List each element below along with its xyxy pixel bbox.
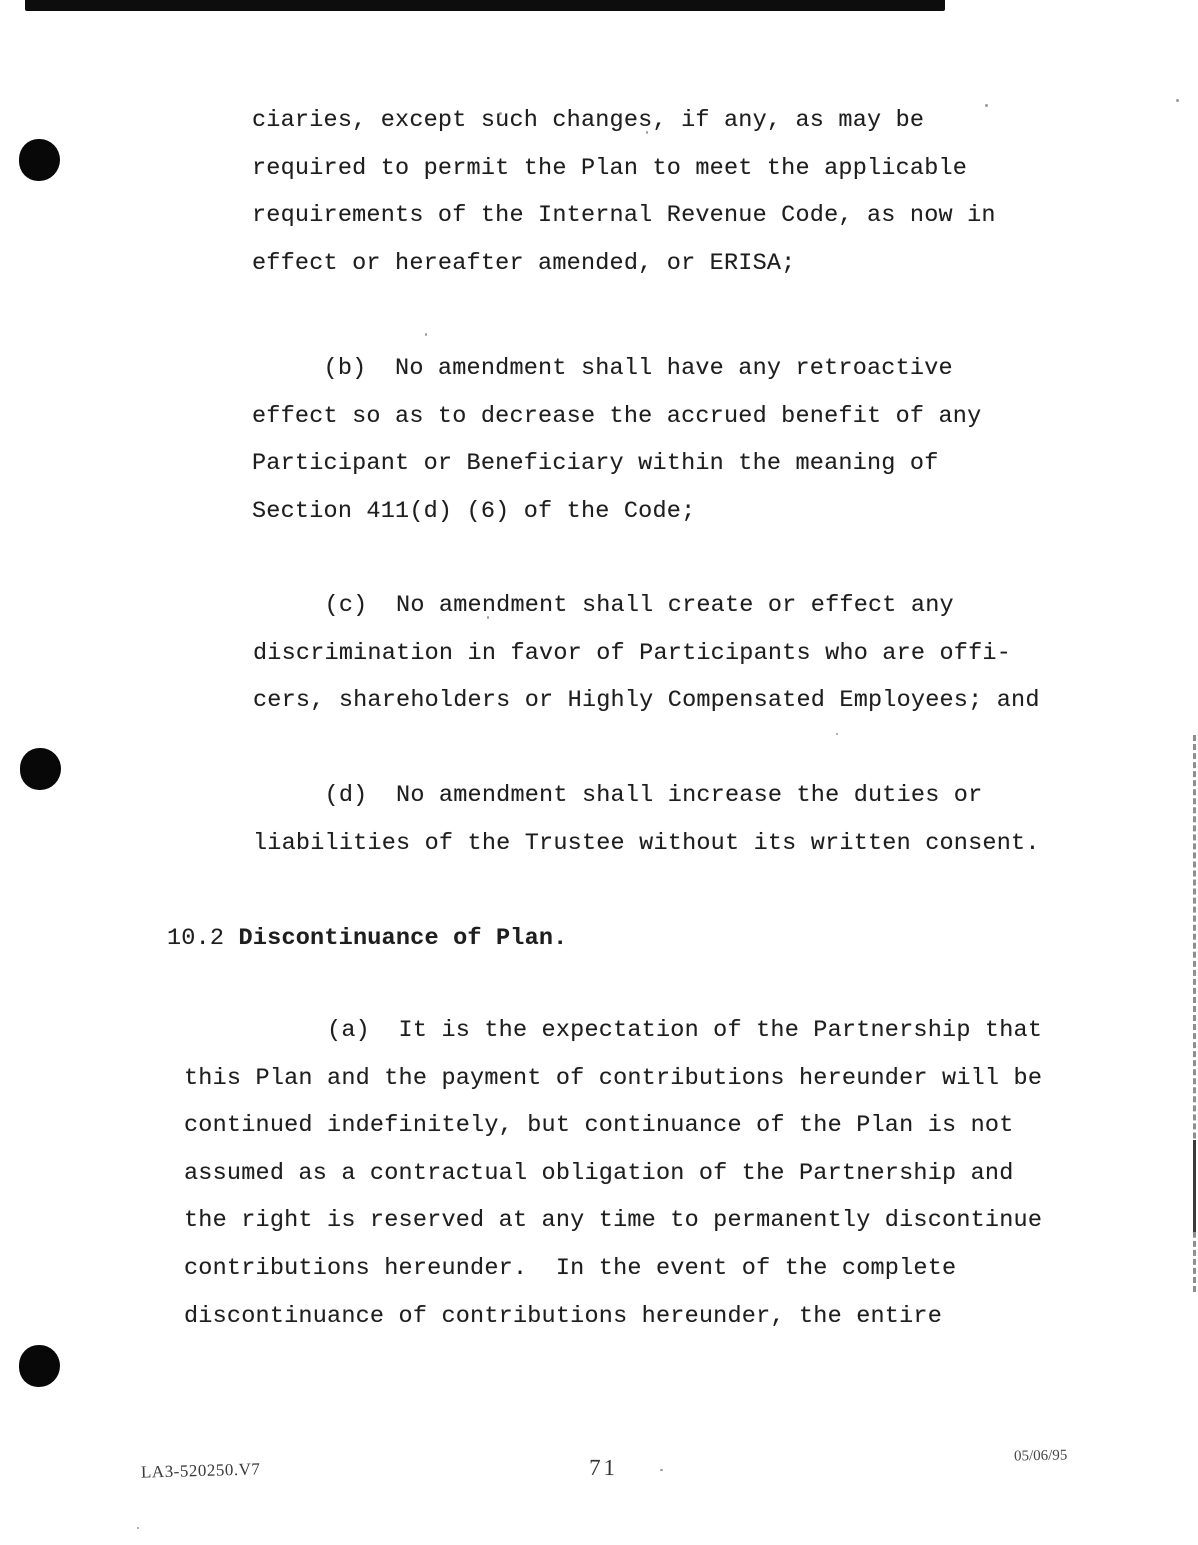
section-number: 10.2 — [167, 925, 224, 952]
section-title: Discontinuance of Plan. — [239, 925, 568, 952]
footer-date: 05/06/95 — [1014, 1448, 1068, 1466]
paragraph-clause-b: (b) No amendment shall have any retroact… — [252, 345, 981, 535]
paragraph-clause-d: (d) No amendment shall increase the duti… — [253, 772, 1040, 867]
paragraph-clause-c: (c) No amendment shall create or effect … — [253, 582, 1040, 725]
scan-speck — [1176, 99, 1179, 102]
scan-speck — [425, 333, 427, 336]
footer-page-number: 71 — [589, 1455, 618, 1481]
hole-punch-dot — [19, 139, 60, 181]
scan-artifact-right-edge-dark-segment — [1193, 1140, 1196, 1232]
footer-document-id: LA3-520250.V7 — [141, 1459, 261, 1482]
section-heading-10-2: 10.2 Discontinuance of Plan. — [167, 915, 567, 963]
scan-speck — [137, 1527, 139, 1529]
paragraph-continuation: ciaries, except such changes, if any, as… — [252, 97, 996, 287]
hole-punch-dot — [19, 1345, 60, 1387]
scan-speck — [660, 1469, 663, 1471]
scan-speck — [836, 733, 838, 735]
scanned-document-page: ciaries, except such changes, if any, as… — [0, 0, 1198, 1545]
paragraph-clause-a: (a) It is the expectation of the Partner… — [184, 1007, 1042, 1340]
hole-punch-dot — [20, 748, 61, 790]
scan-artifact-top-bar — [25, 0, 945, 11]
